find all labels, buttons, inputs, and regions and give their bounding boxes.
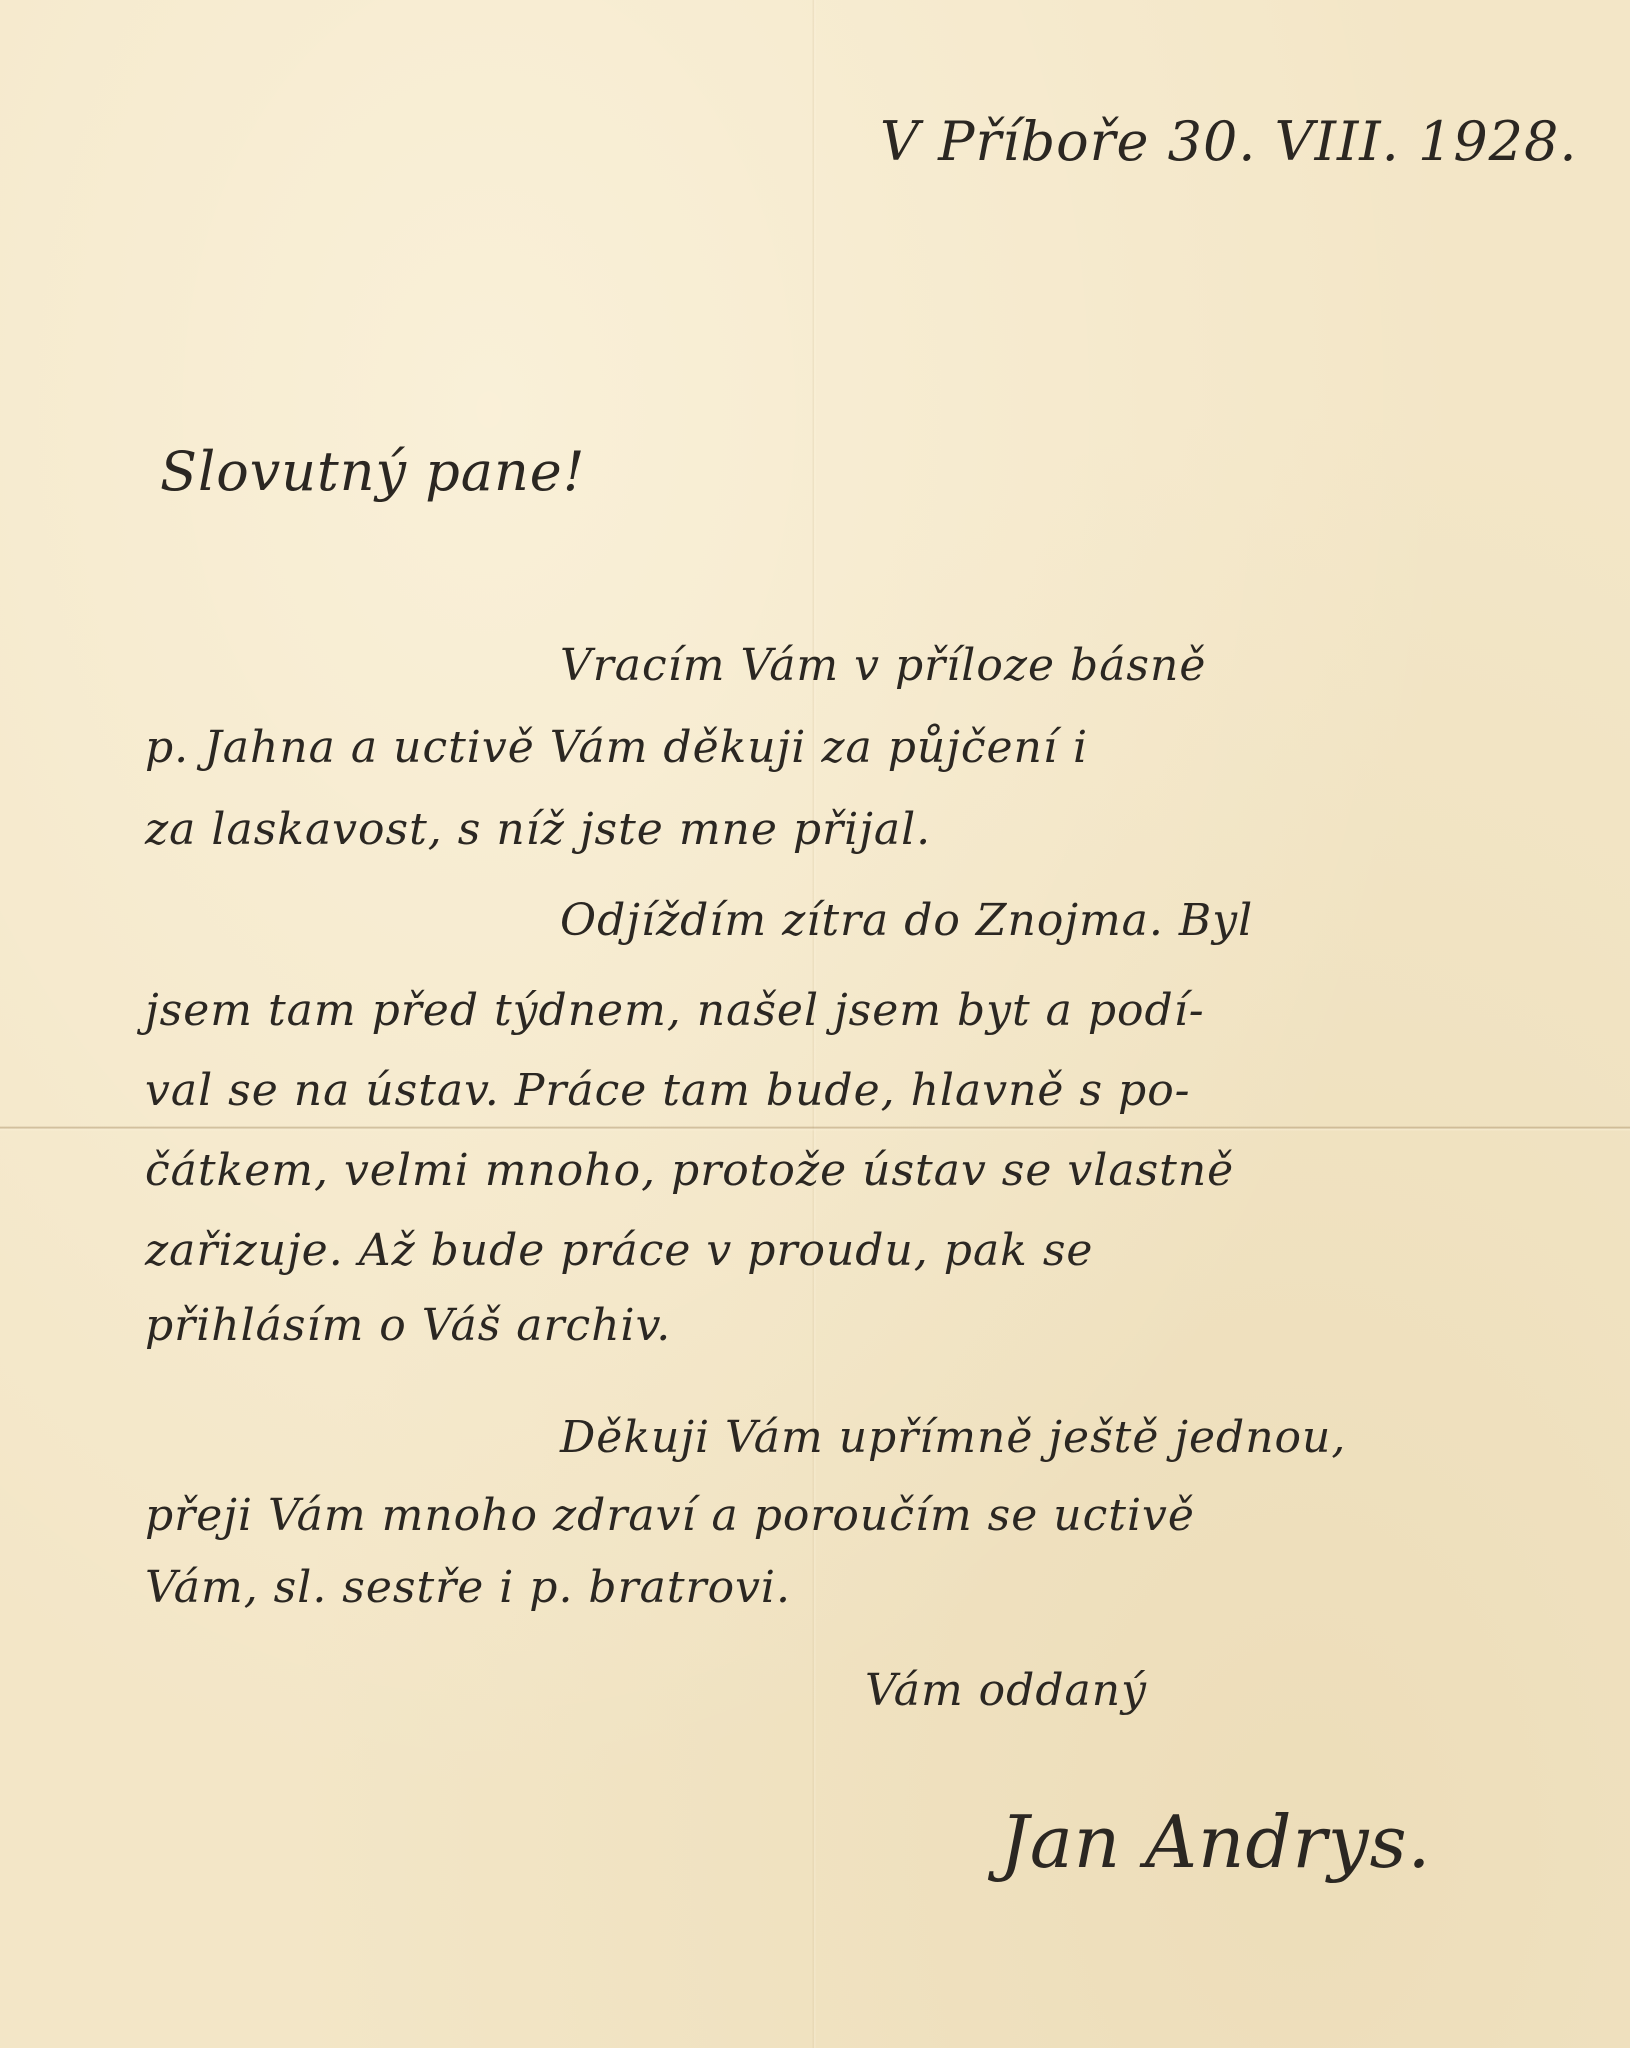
signature: Jan Andrys. [1000,1800,1431,1884]
body-line: Děkuji Vám upřímně ještě jednou, [560,1412,1346,1463]
body-line: čátkem, velmi mnoho, protože ústav se vl… [145,1145,1234,1196]
body-line: přeji Vám mnoho zdraví a poroučím se uct… [145,1490,1195,1541]
closing: Vám oddaný [865,1665,1147,1716]
body-line: za laskavost, s níž jste mne přijal. [145,804,931,855]
body-line: přihlásím o Váš archiv. [145,1300,671,1351]
greeting: Slovutný pane! [160,440,585,503]
body-line: Vracím Vám v příloze básně [560,640,1206,691]
body-line: jsem tam před týdnem, našel jsem byt a p… [145,985,1205,1036]
paper-fold-horizontal [0,1126,1630,1131]
body-line: Vám, sl. sestře i p. bratrovi. [145,1562,791,1613]
body-line: p. Jahna a uctivě Vám děkuji za půjčení … [145,722,1088,773]
body-line: zařizuje. Až bude práce v proudu, pak se [145,1225,1093,1276]
place-date: V Příboře 30. VIII. 1928. [880,110,1578,173]
body-line: Odjíždím zítra do Znojma. Byl [560,895,1253,946]
body-line: val se na ústav. Práce tam bude, hlavně … [145,1065,1191,1116]
